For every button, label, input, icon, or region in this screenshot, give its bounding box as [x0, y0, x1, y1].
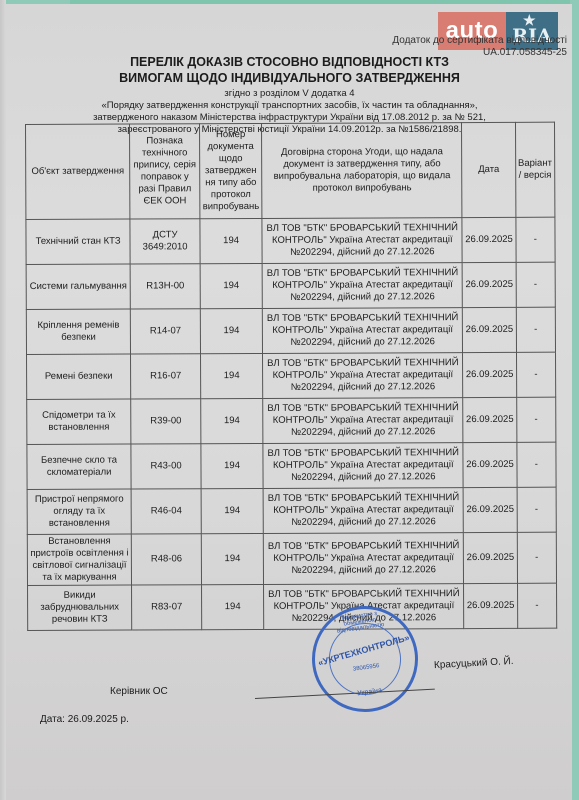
cell-variant: -	[517, 487, 557, 532]
cell-date: 26.09.2025	[464, 583, 517, 628]
cell-object: Технічний стан КТЗ	[26, 219, 130, 264]
cell-variant: -	[516, 307, 556, 352]
cell-document-number: 194	[201, 488, 263, 533]
header-regulation: Познака технічного припису, серія поправ…	[130, 124, 200, 219]
cell-contracting-party: ВЛ ТОВ "БТК" БРОВАРСЬКИЙ ТЕХНІЧНИЙ КОНТР…	[263, 353, 463, 399]
cell-variant: -	[516, 352, 556, 397]
cell-document-number: 194	[201, 398, 263, 443]
cell-document-number: 194	[201, 584, 263, 629]
cell-object: Встановлення пристроїв освітлення і світ…	[27, 534, 131, 585]
cell-regulation: R48-06	[131, 534, 201, 585]
evidence-table: Об'єкт затвердження Познака технічного п…	[25, 122, 557, 631]
cell-contracting-party: ВЛ ТОВ "БТК" БРОВАРСЬКИЙ ТЕХНІЧНИЙ КОНТР…	[262, 218, 462, 264]
cell-variant: -	[516, 262, 556, 307]
header-variant: Варіант / версія	[515, 122, 555, 217]
cell-variant: -	[517, 442, 557, 487]
cell-regulation: ДСТУ 3649:2010	[130, 219, 200, 264]
table-row: Системи гальмуванняR13H-00194ВЛ ТОВ "БТК…	[26, 262, 555, 309]
cell-date: 26.09.2025	[463, 352, 516, 397]
subtitle-line2: «Порядку затвердження конструкції трансп…	[0, 100, 579, 112]
cell-regulation: R14-07	[130, 309, 200, 354]
cell-regulation: R16-07	[131, 354, 201, 399]
subtitle-line1: згідно з розділом V додатка 4	[0, 88, 579, 100]
cell-date: 26.09.2025	[463, 397, 516, 442]
table-row: Кріплення ременів безпекиR14-07194ВЛ ТОВ…	[26, 307, 555, 354]
cell-contracting-party: ВЛ ТОВ "БТК" БРОВАРСЬКИЙ ТЕХНІЧНИЙ КОНТР…	[263, 398, 463, 444]
cell-regulation: R46-04	[131, 489, 201, 534]
cell-object: Кріплення ременів безпеки	[26, 309, 130, 354]
table-row: Пристрої непрямого огляду та їх встановл…	[27, 487, 556, 534]
cell-regulation: R13H-00	[130, 264, 200, 309]
cell-variant: -	[516, 397, 556, 442]
table-row: Безпечне скло та скломатеріалиR43-00194В…	[27, 442, 556, 489]
signature-area: Керівник ОС Красуцький О. Й. Дата: 26.09…	[0, 640, 579, 760]
annex-label: Додаток до сертифіката відповідності	[392, 35, 567, 47]
header-contracting-party: Договірна сторона Угоди, що надала докум…	[262, 123, 463, 219]
header-date: Дата	[462, 122, 516, 217]
cell-date: 26.09.2025	[464, 487, 517, 532]
header-object: Об'єкт затвердження	[26, 124, 131, 219]
table-header-row: Об'єкт затвердження Познака технічного п…	[26, 122, 555, 219]
cell-contracting-party: ВЛ ТОВ "БТК" БРОВАРСЬКИЙ ТЕХНІЧНИЙ КОНТР…	[263, 533, 464, 585]
table-row: Ремені безпекиR16-07194ВЛ ТОВ "БТК" БРОВ…	[27, 352, 556, 399]
cell-date: 26.09.2025	[463, 307, 516, 352]
table-row: Встановлення пристроїв освітлення і світ…	[27, 532, 556, 585]
cell-variant: -	[516, 217, 556, 262]
document-title-line1: ПЕРЕЛІК ДОКАЗІВ СТОСОВНО ВІДПОВІДНОСТІ К…	[0, 54, 579, 70]
cell-object: Безпечне скло та скломатеріали	[27, 444, 131, 489]
cell-document-number: 194	[200, 218, 262, 263]
star-icon: ★	[523, 13, 536, 29]
cell-contracting-party: ВЛ ТОВ "БТК" БРОВАРСЬКИЙ ТЕХНІЧНИЙ КОНТР…	[263, 488, 463, 534]
cell-variant: -	[517, 583, 557, 628]
cell-object: Спідометри та їх встановлення	[27, 399, 131, 444]
table-row: Спідометри та їх встановленняR39-00194ВЛ…	[27, 397, 556, 444]
cell-document-number: 194	[200, 353, 262, 398]
table-row: Технічний стан КТЗДСТУ 3649:2010194ВЛ ТО…	[26, 217, 555, 264]
cell-object: Ремені безпеки	[27, 354, 131, 399]
cell-regulation: R43-00	[131, 444, 201, 489]
cell-date: 26.09.2025	[464, 532, 517, 583]
cell-date: 26.09.2025	[462, 217, 515, 262]
cell-document-number: 194	[201, 533, 263, 584]
cell-contracting-party: ВЛ ТОВ "БТК" БРОВАРСЬКИЙ ТЕХНІЧНИЙ КОНТР…	[263, 443, 463, 489]
cell-contracting-party: ВЛ ТОВ "БТК" БРОВАРСЬКИЙ ТЕХНІЧНИЙ КОНТР…	[262, 308, 462, 354]
cell-contracting-party: ВЛ ТОВ "БТК" БРОВАРСЬКИЙ ТЕХНІЧНИЙ КОНТР…	[262, 263, 462, 309]
cell-document-number: 194	[200, 308, 262, 353]
cell-date: 26.09.2025	[463, 442, 516, 487]
header-document-number: Номер документа щодо затверджен ня типу …	[199, 123, 262, 218]
signature-line	[255, 689, 435, 699]
cell-object: Пристрої непрямого огляду та їх встановл…	[27, 489, 131, 534]
document-title-line2: ВИМОГАМ ЩОДО ІНДИВІДУАЛЬНОГО ЗАТВЕРДЖЕНН…	[0, 70, 579, 86]
cell-object: Системи гальмування	[26, 264, 130, 309]
cell-regulation: R83-07	[132, 585, 202, 630]
cell-regulation: R39-00	[131, 399, 201, 444]
cell-date: 26.09.2025	[463, 262, 516, 307]
cell-document-number: 194	[200, 263, 262, 308]
cell-document-number: 194	[201, 443, 263, 488]
cell-variant: -	[517, 532, 557, 583]
signatory-name: Красуцький О. Й.	[434, 656, 514, 671]
cell-object: Викиди забруднювальних речовин КТЗ	[28, 585, 132, 630]
signature-date: Дата: 26.09.2025 р.	[40, 714, 129, 725]
table-row: Викиди забруднювальних речовин КТЗR83-07…	[28, 583, 557, 630]
manager-label: Керівник ОС	[110, 686, 168, 697]
